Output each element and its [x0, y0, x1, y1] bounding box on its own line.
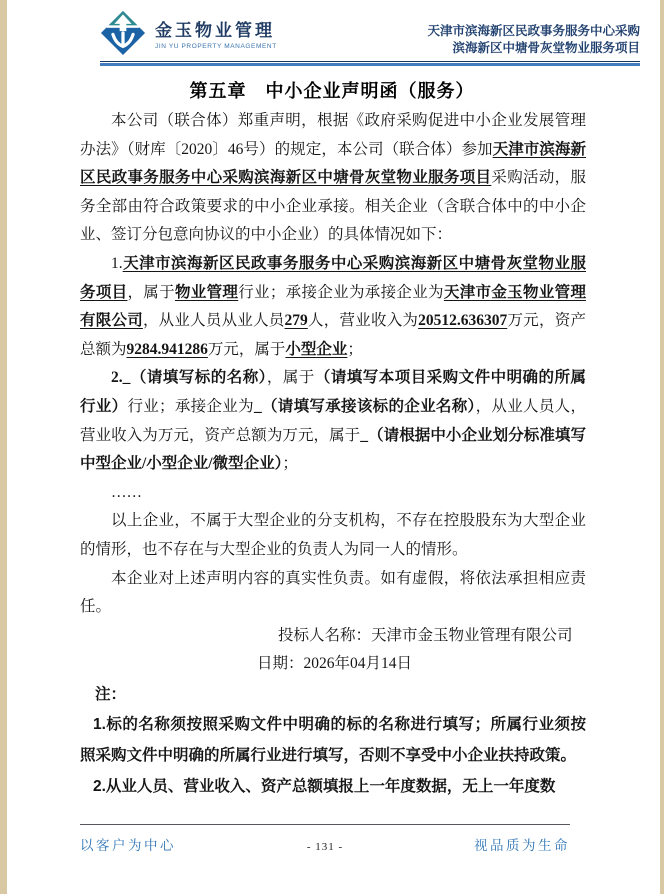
- text-run: 2.从业人员、营业收入、资产总额填报上一年度数据，无上一年度数: [93, 778, 555, 795]
- brand-name-cn: 金玉物业管理: [155, 16, 277, 41]
- page-left-edge: [0, 0, 7, 894]
- truthfulness-clause: 本企业对上述声明内容的真实性负责。如有虚假，将依法承担相应责任。: [80, 565, 586, 622]
- text-run: 9284.941286: [127, 341, 208, 358]
- procurement-project-title: 天津市滨海新区民政事务服务中心采购 滨海新区中塘骨灰堂物业服务项目: [427, 23, 640, 56]
- text-run: 万元，属于: [208, 341, 286, 358]
- text-run: ，属于: [127, 284, 174, 301]
- text-run: 日期：2026年04月14日: [257, 655, 412, 672]
- item-1-filled: 1.天津市滨海新区民政事务服务中心采购滨海新区中塘骨灰堂物业服务项目，属于物业管…: [80, 250, 586, 364]
- text-run: 行业；承接企业为: [127, 398, 254, 415]
- text-run: ；: [282, 455, 298, 472]
- bidder-name-line: 投标人名称：天津市金玉物业管理有限公司: [278, 622, 586, 651]
- ellipsis-line: ……: [80, 479, 586, 508]
- notes-heading: 注：: [80, 681, 586, 710]
- text-run: 20512.636307: [418, 312, 507, 329]
- text-run: _（请填写承接该标的企业名称）: [254, 398, 476, 415]
- text-run: ；: [347, 341, 363, 358]
- text-run: 行业；承接企业为承接企业为: [238, 284, 444, 301]
- text-run: 小型企业: [285, 341, 347, 358]
- text-run: 投标人名称：天津市金玉物业管理有限公司: [278, 627, 573, 644]
- text-run: （请填写标的名称）: [130, 369, 267, 386]
- project-title-line1: 天津市滨海新区民政事务服务中心采购: [427, 23, 640, 40]
- text-run: 1.标的名称须按照采购文件中明确的标的名称进行填写；所属行业须按照采购文件中明确…: [80, 716, 586, 764]
- note-1: 1.标的名称须按照采购文件中明确的标的名称进行填写；所属行业须按照采购文件中明确…: [80, 709, 586, 771]
- text-run: 1.: [111, 255, 123, 272]
- text-run: 物业管理: [175, 284, 238, 301]
- page-right-edge: [660, 0, 664, 894]
- page-number: - 131 -: [307, 841, 343, 853]
- declaration-intro: 本公司（联合体）郑重声明，根据《政府采购促进中小企业发展管理办法》（财库〔202…: [80, 107, 586, 250]
- footer-slogan-left: 以客户为中心: [80, 834, 176, 854]
- page-footer: 以客户为中心 - 131 - 视品质为生命: [80, 824, 570, 854]
- chapter-title: 第五章 中小企业声明函（服务）: [0, 77, 664, 103]
- text-run: 本企业对上述声明内容的真实性负责。如有虚假，将依法承担相应责任。: [80, 570, 586, 616]
- brand-name-en: JIN YU PROPERTY MANAGEMENT: [155, 43, 277, 50]
- footer-rule: [80, 824, 570, 825]
- text-run: 注：: [95, 686, 126, 703]
- jinyu-logo-icon: [100, 10, 146, 56]
- text-run: 279: [285, 312, 308, 329]
- item-2-template: 2._（请填写标的名称），属于（请填写本项目采购文件中明确的所属行业）行业；承接…: [80, 364, 586, 478]
- note-2: 2.从业人员、营业收入、资产总额填报上一年度数据，无上一年度数: [80, 771, 586, 802]
- text-run: ……: [111, 484, 142, 501]
- footer-slogan-right: 视品质为生命: [474, 834, 570, 854]
- header-rule-thick: [100, 63, 640, 66]
- page-header: 金玉物业管理 JIN YU PROPERTY MANAGEMENT 天津市滨海新…: [100, 10, 640, 66]
- text-run: 2._: [111, 369, 130, 386]
- company-brand: 金玉物业管理 JIN YU PROPERTY MANAGEMENT: [100, 10, 277, 56]
- text-run: 以上企业，不属于大型企业的分支机构，不存在控股股东为大型企业的情形，也不存在与大…: [80, 512, 586, 558]
- document-body: 本公司（联合体）郑重声明，根据《政府采购促进中小企业发展管理办法》（财库〔202…: [80, 107, 586, 802]
- date-line: 日期：2026年04月14日: [257, 650, 586, 679]
- header-rule-thin: [100, 61, 640, 62]
- header-rule: [100, 61, 640, 66]
- text-run: 人，营业收入为: [308, 312, 418, 329]
- project-title-line2: 滨海新区中塘骨灰堂物业服务项目: [427, 40, 640, 57]
- text-run: ，从业人员从业人员: [143, 312, 285, 329]
- text-run: ，属于: [267, 369, 315, 386]
- no-large-enterprise-clause: 以上企业，不属于大型企业的分支机构，不存在控股股东为大型企业的情形，也不存在与大…: [80, 507, 586, 564]
